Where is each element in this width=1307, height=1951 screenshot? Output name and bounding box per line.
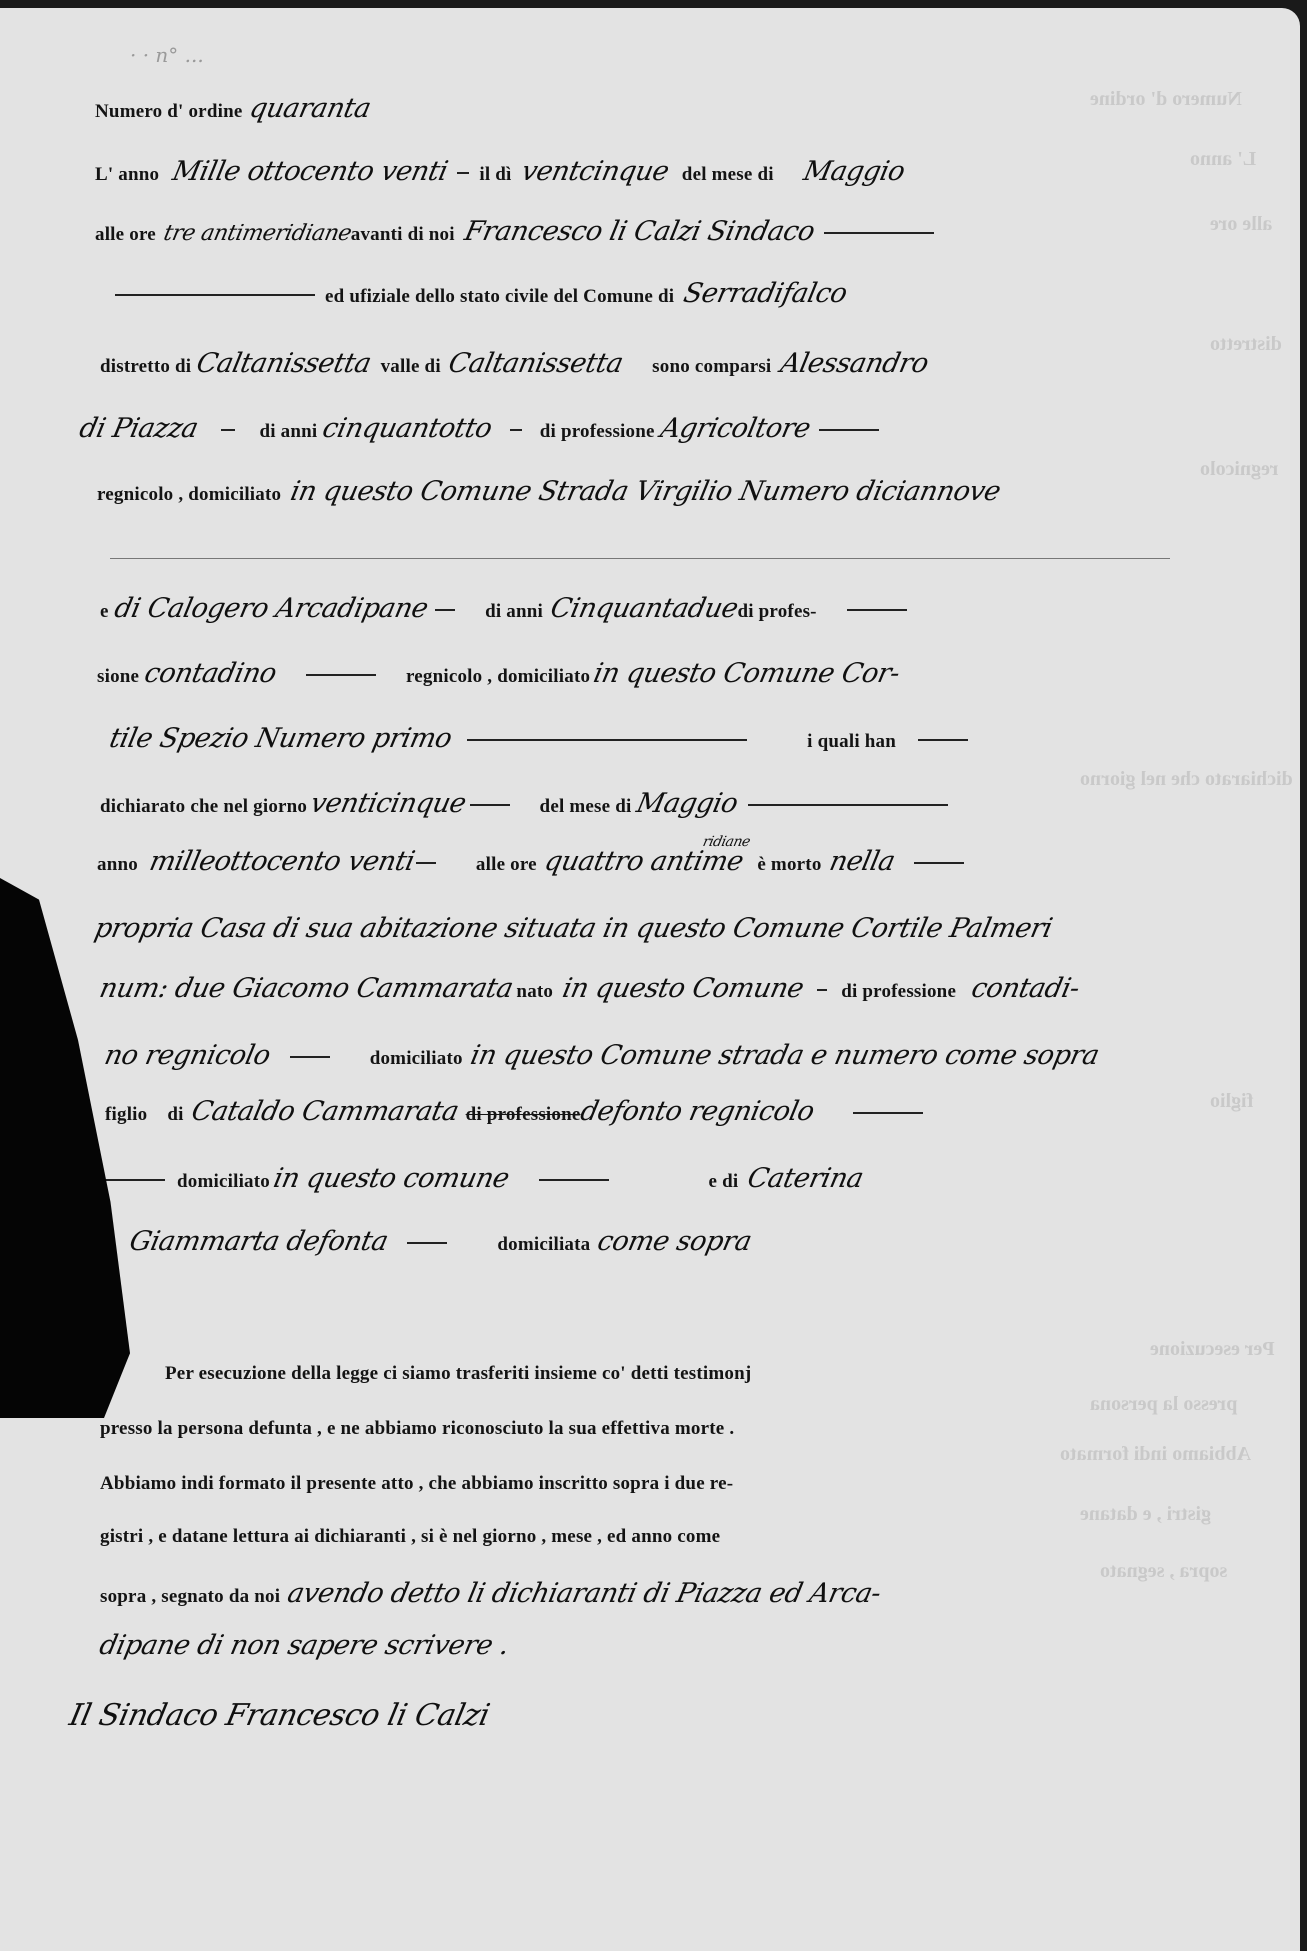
professione2-line: sione contadino regnicolo , domiciliato … xyxy=(97,658,899,689)
closing-text: Abbiamo indi formato il presente atto , … xyxy=(100,1473,733,1495)
ore-line: alle ore tre antimeridiane avanti di noi… xyxy=(95,216,944,247)
bleedthrough-text: Numero d' ordine xyxy=(1090,88,1242,111)
ore-label: alle ore xyxy=(476,854,537,876)
anni-value: Cinquantadue xyxy=(548,593,741,624)
closing-line-4: gistri , e datane lettura ai dichiaranti… xyxy=(100,1526,720,1548)
bleedthrough-text: Per esecuzione xyxy=(1150,1338,1275,1361)
professione-value: contadino xyxy=(142,658,279,689)
bleedthrough-text: figlio xyxy=(1210,1090,1253,1113)
bleedthrough-text: alle ore xyxy=(1210,213,1272,236)
closing-text: sopra , segnato da noi xyxy=(100,1586,280,1608)
madre-cont: Giammarta defonta xyxy=(127,1226,391,1257)
numero-ordine-line: Numero d' ordine quaranta xyxy=(95,93,371,124)
sindaco-value: Francesco li Calzi Sindaco xyxy=(461,216,817,247)
corner-notation: · · n° ... xyxy=(130,43,204,67)
madre-line: Giammarta defonta domiciliata come sopra xyxy=(130,1226,751,1257)
professione-value: contadi- xyxy=(969,973,1082,1004)
dichiarato-label: dichiarato che nel giorno xyxy=(100,796,307,818)
morto-label: è morto xyxy=(757,854,821,876)
giorno-value: ventcinque xyxy=(518,156,671,187)
nato-value: in questo Comune xyxy=(560,973,807,1004)
anno-value: Mille ottocento venti xyxy=(170,156,451,187)
domiciliato-label: domiciliato xyxy=(370,1048,463,1070)
closing-text: Per esecuzione della legge ci siamo tras… xyxy=(165,1363,751,1385)
figlio-label: figlio xyxy=(105,1104,147,1126)
madre-value: Caterina xyxy=(745,1163,866,1194)
ore-superscript: ridiane xyxy=(701,834,751,850)
professione-label: di professione xyxy=(841,981,956,1003)
defunto-line: num: due Giacomo Cammarata nato in quest… xyxy=(100,973,1079,1004)
giorno-value: venticinque xyxy=(308,788,469,819)
anno-line: L' anno Mille ottocento venti il dì vent… xyxy=(95,156,904,187)
bleedthrough-text: dichiarato che nel giorno xyxy=(1080,768,1293,791)
dichiarato-line: dichiarato che nel giorno venticinque de… xyxy=(100,788,958,819)
domicilio-value: in questo Comune Cor- xyxy=(591,658,903,689)
witness2-line: e di Calogero Arcadipane di anni Cinquan… xyxy=(100,593,917,624)
domicilio-value: in questo Comune strada e numero come so… xyxy=(467,1040,1101,1071)
numero-ordine-label: Numero d' ordine xyxy=(95,101,242,123)
bleedthrough-text: distretto xyxy=(1210,333,1282,356)
closing-line-2: presso la persona defunta , e ne abbiamo… xyxy=(100,1418,734,1440)
comparsi-label: sono comparsi xyxy=(652,356,771,378)
professione-label: di professione xyxy=(540,421,655,443)
signature: Il Sindaco Francesco li Calzi xyxy=(70,1698,489,1733)
witness2-value: di Calogero Arcadipane xyxy=(111,593,430,624)
anno-label: L' anno xyxy=(95,164,159,186)
witness1-line: di Piazza di anni cinquantotto di profes… xyxy=(80,413,889,444)
quali-label: i quali han xyxy=(807,731,896,753)
distretto-label: distretto di xyxy=(100,356,191,378)
witness1-name-cont: di Piazza xyxy=(77,413,201,444)
domicilio2-line: tile Spezio Numero primo i quali han xyxy=(110,723,978,754)
numero-ordine-value: quaranta xyxy=(247,93,374,124)
professione-cont: no regnicolo xyxy=(102,1040,273,1071)
nato-label: nato xyxy=(516,981,553,1003)
closing-line-6: dipane di non sapere scrivere . xyxy=(100,1630,508,1661)
closing-line-1: Per esecuzione della legge ci siamo tras… xyxy=(165,1363,751,1385)
bleedthrough-text: L' anno xyxy=(1190,148,1256,171)
anno-label: anno xyxy=(97,854,138,876)
comune-value: Serradifalco xyxy=(681,278,850,309)
nella-value: nella xyxy=(826,846,897,877)
bleedthrough-text: sopra , segnato xyxy=(1100,1560,1227,1583)
valle-value: Caltanissetta xyxy=(446,348,626,379)
anni-label: di anni xyxy=(259,421,317,443)
binding-shadow xyxy=(0,878,130,1418)
mese-value: Maggio xyxy=(634,788,741,819)
anno-value: milleottocento venti xyxy=(147,846,418,877)
luogo-line: propria Casa di sua abitazione situata i… xyxy=(95,913,1052,944)
bleedthrough-text: regnicolo xyxy=(1200,458,1279,481)
bleedthrough-text: Abbiamo indi formato xyxy=(1060,1443,1251,1466)
mese-value: Maggio xyxy=(800,156,907,187)
ora-morte-line: anno milleottocento venti alle ore quatt… xyxy=(97,846,974,877)
padre-stato: defonto regnicolo xyxy=(577,1096,816,1127)
profes-label: di profes- xyxy=(737,601,816,623)
closing-line-3: Abbiamo indi formato il presente atto , … xyxy=(100,1473,733,1495)
domicilio-value: come sopra xyxy=(595,1226,755,1257)
closing-handwritten-cont: dipane di non sapere scrivere . xyxy=(97,1630,512,1661)
distretto-value: Caltanissetta xyxy=(194,348,374,379)
domicilio-value: in questo comune xyxy=(271,1163,512,1194)
ore-value: quattro antime xyxy=(542,846,746,877)
regnicolo-label: regnicolo , domiciliato xyxy=(97,484,281,506)
struck-professione-label: di professione xyxy=(466,1104,581,1126)
e-label: e xyxy=(100,601,109,623)
ufficiale-label: ed ufiziale dello stato civile del Comun… xyxy=(325,286,674,308)
domiciliato-label: domiciliato xyxy=(177,1171,270,1193)
padre-line: figlio di Cataldo Cammarata di professio… xyxy=(105,1096,933,1127)
madre-label: e di xyxy=(709,1171,739,1193)
sindaco-signature: Il Sindaco Francesco li Calzi xyxy=(66,1698,492,1733)
ore-value: tre antimeridiane xyxy=(161,221,353,246)
professione-value: Agricoltore xyxy=(657,413,812,444)
closing-line-5: sopra , segnato da noi avendo detto li d… xyxy=(100,1578,880,1609)
ore-label: alle ore xyxy=(95,224,156,246)
valle-label: valle di xyxy=(381,356,441,378)
anni-value: cinquantotto xyxy=(320,413,495,444)
domicilio-cont: tile Spezio Numero primo xyxy=(107,723,455,754)
domiciliata-label: domiciliata xyxy=(497,1234,590,1256)
giorno-label: il dì xyxy=(479,164,511,186)
bleedthrough-text: gistri , e datane xyxy=(1080,1503,1211,1526)
luogo-value: propria Casa di sua abitazione situata i… xyxy=(92,913,1055,944)
comparsi-value: Alessandro xyxy=(778,348,931,379)
avanti-label: avanti di noi xyxy=(351,224,455,246)
closing-text: gistri , e datane lettura ai dichiaranti… xyxy=(100,1526,720,1548)
padre-value: Cataldo Cammarata xyxy=(188,1096,461,1127)
anni-label: di anni xyxy=(485,601,543,623)
closing-text: presso la persona defunta , e ne abbiamo… xyxy=(100,1418,734,1440)
di-label: di xyxy=(167,1104,183,1126)
blank-line xyxy=(110,558,1170,559)
distretto-line: distretto di Caltanissetta valle di Calt… xyxy=(100,348,928,379)
defunto-name: num: due Giacomo Cammarata xyxy=(97,973,516,1004)
mese-label: del mese di xyxy=(540,796,632,818)
mese-label: del mese di xyxy=(682,164,774,186)
regnicolo-label: regnicolo , domiciliato xyxy=(406,666,590,688)
bleedthrough-text: presso la persona xyxy=(1090,1393,1237,1416)
domicilio-value: in questo Comune Strada Virgilio Numero … xyxy=(288,476,1004,507)
closing-handwritten: avendo detto li dichiaranti di Piazza ed… xyxy=(285,1578,884,1609)
domicilio1-line: regnicolo , domiciliato in questo Comune… xyxy=(97,476,1000,507)
sione-label: sione xyxy=(97,666,139,688)
document-page: Numero d' ordine L' anno alle ore distre… xyxy=(0,8,1300,1951)
padre-domicilio-line: domiciliato in questo comune e di Cateri… xyxy=(105,1163,863,1194)
domicilio-defunto-line: no regnicolo domiciliato in questo Comun… xyxy=(105,1040,1098,1071)
ufficiale-line: ed ufiziale dello stato civile del Comun… xyxy=(115,278,847,309)
